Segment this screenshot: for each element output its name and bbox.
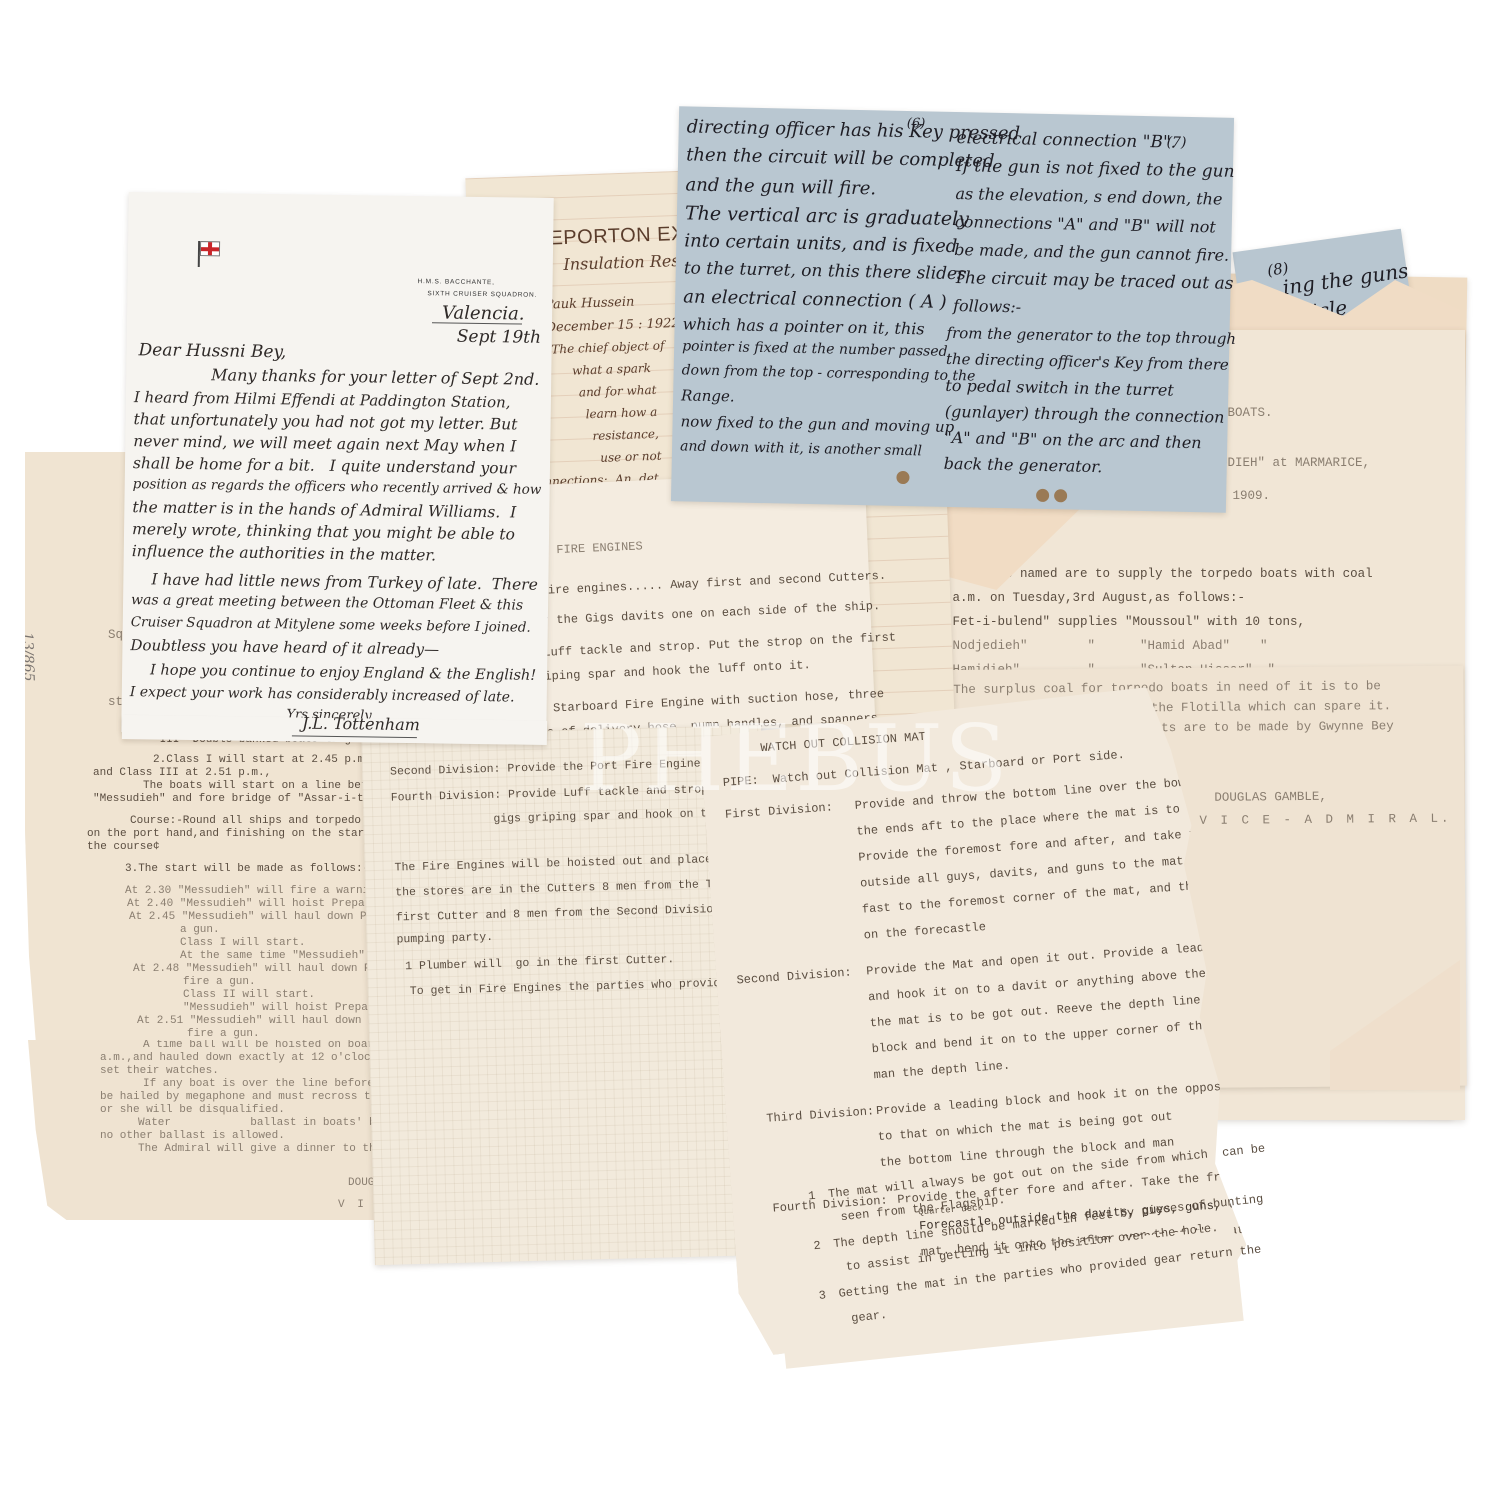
blue-card-right-line-3: as the elevation, s end down, the (955, 184, 1222, 209)
letter-place-underline (432, 322, 522, 324)
letter-salutation: Dear Hussni Bey, (138, 340, 286, 362)
blue-card-left-line-8: which has a pointer on it, this (682, 314, 924, 338)
fire-engines-sheet: OUT FIRE ENGINES t fire engines..... Awa… (520, 471, 876, 736)
blue-card-right-line-10: to pedal switch in the turret (945, 376, 1174, 400)
letter-line-1: Many thanks for your letter of Sept 2nd. (211, 365, 539, 389)
blue-card-right-line-13: back the generator. (944, 454, 1103, 476)
race-line-3: 2.Class I will start at 2.45 p.m.,Cl (153, 755, 391, 766)
letter-date: Sept 19th (457, 327, 542, 348)
race-line-31: no other ballast is allowed. (100, 1131, 285, 1142)
fire-engines-line-5: de Starboard Fire Engine with suction ho… (531, 688, 884, 715)
collision-mat-pipe-label: PIPE: (722, 775, 759, 789)
letterhead-ship: H.M.S. BACCHANTE, (418, 278, 495, 286)
collision-mat-pipe-text: Watch out Collision Mat , Starboard or P… (772, 749, 1125, 786)
note-3-line-2: gear. (851, 1309, 888, 1325)
blue-card-left-line-6: to the turret, on this there slides (684, 258, 966, 284)
race-line-28: be hailed by megaphone and must recross … (100, 1092, 404, 1103)
race-line-24: A time ball will be hoisted on board th (143, 1040, 400, 1051)
second-division-label: Second Division: (736, 967, 852, 987)
blue-card-right-line-9: the directing officer's Key from there (946, 350, 1229, 374)
race-line-9: the course¢ (87, 842, 160, 853)
letter-line-2: I heard from Hilmi Effendi at Paddington… (134, 388, 511, 411)
blue-card-left-line-2: then the circuit will be completed (686, 144, 995, 171)
race-line-12: At 2.40 "Messudieh" will hoist Prepar (127, 899, 371, 910)
porton-line-5: and for what (579, 383, 657, 400)
race-line-18: fire a gun. (183, 977, 256, 988)
punch-hole-2 (1036, 489, 1049, 502)
letter-line-8: merely wrote, thinking that you might be… (132, 520, 515, 543)
letter-line-6: position as regards the officers who rec… (133, 476, 542, 498)
punch-hole-3 (1054, 489, 1067, 502)
signature-underline (292, 735, 417, 738)
coaling-memo-line-4: "Nodjedieh" " "Hamid Abad" " (945, 640, 1268, 653)
note-1-num: 1 (808, 1190, 816, 1203)
race-line-8: on the port hand,and finishing on the st… (87, 829, 371, 840)
coaling-memo-surplus-line: The surplus coal for torpedo boats in ne… (953, 680, 1381, 696)
race-line-5: The boats will start on a line bet (143, 781, 367, 792)
third-division-line-1: Provide a leading block and hook it on t… (876, 1078, 1265, 1117)
fire-engines-2-line-5: the stores are in the Cutters 8 men from… (395, 878, 754, 899)
race-line-14: a gun. (180, 925, 220, 936)
letter-signature: J.L. Tottenham (302, 714, 420, 735)
collision-mat-title: WATCH OUT COLLISION MAT (760, 731, 926, 755)
blue-card-right-line-4: connections "A" and "B" will not (955, 212, 1216, 236)
letter-line-7: the matter is in the hands of Admiral Wi… (132, 498, 516, 521)
race-line-21: At 2.51 "Messudieh" will haul down Pro (137, 1016, 388, 1027)
porton-line-4: what a spark (572, 361, 651, 378)
note-2-num: 2 (813, 1240, 821, 1253)
letter-line-11: was a great meeting between the Ottoman … (131, 592, 523, 613)
blue-card-right-line-8: from the generator to the top through (946, 324, 1236, 348)
race-line-7: Course:-Round all ships and torpedo b (130, 816, 374, 827)
race-line-16: At the same time "Messudieh" (180, 951, 365, 962)
letter-line-3: that unfortunately you had not got my le… (133, 410, 517, 433)
blue-card-left-line-10: down from the top - corresponding to the (681, 362, 975, 384)
blue-card-right-line-7: follows:- (953, 296, 1022, 316)
first-division-label: First Division: (725, 801, 834, 821)
race-line-4: and Class III at 2.51 p.m., (93, 768, 271, 779)
letter-line-10: I have had little news from Turkey of la… (151, 570, 538, 593)
punch-hole-1 (896, 471, 909, 484)
coaling-memo-rank: V I C E - A D M I R A L. (1199, 813, 1451, 828)
bacchante-letter: H.M.S. BACCHANTE, SIXTH CRUISER SQUADRON… (121, 192, 553, 738)
blue-card-left-line-11: Range. (681, 386, 735, 405)
blue-card-right-line-5: be made, and the gun cannot fire. (954, 240, 1229, 265)
letter-line-4: never mind, we will meet again next May … (133, 432, 516, 455)
blue-card-right-line-1: electrical connection "B". (956, 128, 1176, 153)
second-division-line-5: man the depth line. (873, 1060, 1010, 1082)
fire-engines-2-line-2: Fourth Division: Provide Luff tackle and… (391, 783, 743, 804)
race-line-15: Class I will start. (180, 938, 305, 949)
pencil-reference-number: 13/865 (19, 632, 37, 682)
collision-mat-notes: 1 The mat will always be got out on the … (776, 1226, 1243, 1369)
boat-race-orders-lower: A time ball will be hoisted on board th … (28, 1040, 413, 1220)
blue-card-left-line-3: and the gun will fire. (685, 174, 876, 199)
blue-card-left-line-12: now fixed to the gun and moving up (680, 412, 954, 436)
fire-engines-line-2: der the Gigs davits one on each side of … (527, 600, 880, 627)
letter-line-9: influence the authorities in the matter. (132, 542, 436, 564)
blue-card-left-line-9: pointer is fixed at the number passed (682, 338, 948, 360)
porton-line-3: The chief object of (551, 339, 664, 357)
coaling-memo-flotilla-line: of the Flotilla which can spare it. (1128, 700, 1391, 715)
blue-card-left-line-5: into certain units, and is fixed (684, 230, 957, 257)
race-line-30: Water ballast in boats' bo (138, 1118, 382, 1129)
coaling-memo-line-3: "Fet-i-bulend" supplies "Moussoul" with … (945, 616, 1305, 629)
letter-line-12: Cruiser Squadron at Mitylene some weeks … (131, 614, 531, 636)
blue-card-right-line-11: (gunlayer) through the connection (945, 402, 1225, 427)
third-division-label: Third Division: (766, 1105, 875, 1125)
race-line-6: "Messudieh" and fore bridge of "Assar-i-… (93, 794, 370, 805)
note-3-num: 3 (818, 1289, 826, 1302)
letter-line-13: Doubtless you have heard of it already— (130, 636, 439, 658)
race-line-11: At 2.30 "Messudieh" will fire a warnin (125, 886, 376, 897)
race-line-32: The Admiral will give a dinner to the wi (138, 1144, 402, 1155)
fire-engines-line-1: t fire engines..... Away first and secon… (526, 570, 886, 598)
porton-line-8: use or not (600, 449, 662, 465)
gun-circuit-blue-card: (6) (7) directing officer has his Key pr… (671, 106, 1234, 513)
blue-card-left-line-4: The vertical arc is graduately (685, 202, 969, 230)
letter-line-15: I expect your work has considerably incr… (130, 684, 515, 705)
letter-line-14: I hope you continue to enjoy England & t… (150, 662, 536, 683)
fire-engines-2-line-8: 1 Plumber will go in the first Cutter. (405, 954, 674, 973)
blue-card-right-line-12: "A" and "B" on the arc and then (944, 428, 1202, 452)
race-line-27: If any boat is over the line before th (143, 1079, 394, 1090)
blue-card-left-line-13: and down with it, is another small (680, 438, 922, 459)
race-line-29: or she will be disqualified. (100, 1105, 285, 1116)
blue-card-right-line-6: The circuit may be traced out as (953, 268, 1233, 294)
fire-engines-line-4: griping spar and hook the luff onto it. (530, 659, 811, 683)
porton-line-2: December 15 : 1922 (545, 316, 680, 336)
fire-engines-2-line-1: Second Division: Provide the Port Fire E… (390, 757, 756, 778)
fire-engines-2-line-9: To get in Fire Engines the parties who p… (410, 977, 769, 998)
coaling-memo-gwynne-line: ments are to be made by Gwynne Bey (1139, 720, 1394, 735)
fire-engines-2-line-6: first Cutter and 8 men from the Second D… (396, 903, 755, 924)
race-line-17: At 2.48 "Messudieh" will haul down Pr (133, 964, 377, 975)
race-line-20: "Messudieh" will hoist Prepar (183, 1003, 374, 1014)
letter-place: Valencia. (442, 302, 525, 324)
porton-line-1: Pauk Hussein (545, 295, 635, 313)
blue-card-right-line-2: If the gun is not fixed to the gun (956, 156, 1235, 182)
porton-line-7: resistance, (592, 427, 659, 443)
naval-flag-icon (200, 241, 220, 256)
fire-engines-2-line-4: The Fire Engines will be hoisted out and… (394, 853, 753, 874)
first-division-line-6: on the forecastle (863, 921, 986, 942)
race-line-19: Class II will start. (183, 990, 315, 1001)
blue-card-left-line-7: an electrical connection ( A ) (683, 286, 947, 313)
fire-engines-line-3: a Luff tackle and strop. Put the strop o… (529, 631, 896, 659)
fire-engines-2-line-7: pumping party. (396, 932, 493, 946)
race-line-13: At 2.45 "Messudieh" will haul down Pr (129, 912, 373, 923)
race-line-10: 3.The start will be made as follows:- (125, 864, 369, 875)
race-line-25: a.m.,and hauled down exactly at 12 o'clo… (100, 1053, 397, 1064)
porton-line-6: learn how a (585, 405, 657, 421)
coaling-memo-signature: DOUGLAS GAMBLE, (1214, 791, 1327, 804)
fire-engines-2-line-3: gigs griping spar and hook on the lu (493, 807, 742, 825)
letter-line-5: shall be home for a bit. I quite underst… (133, 454, 516, 477)
race-line-22: fire a gun. (187, 1029, 260, 1040)
race-line-26: set their watches. (100, 1066, 219, 1077)
coaling-memo-line-2: at 6 a.m. on Tuesday,3rd August,as follo… (915, 592, 1245, 605)
letterhead-squadron: SIXTH CRUISER SQUADRON. (427, 290, 537, 299)
